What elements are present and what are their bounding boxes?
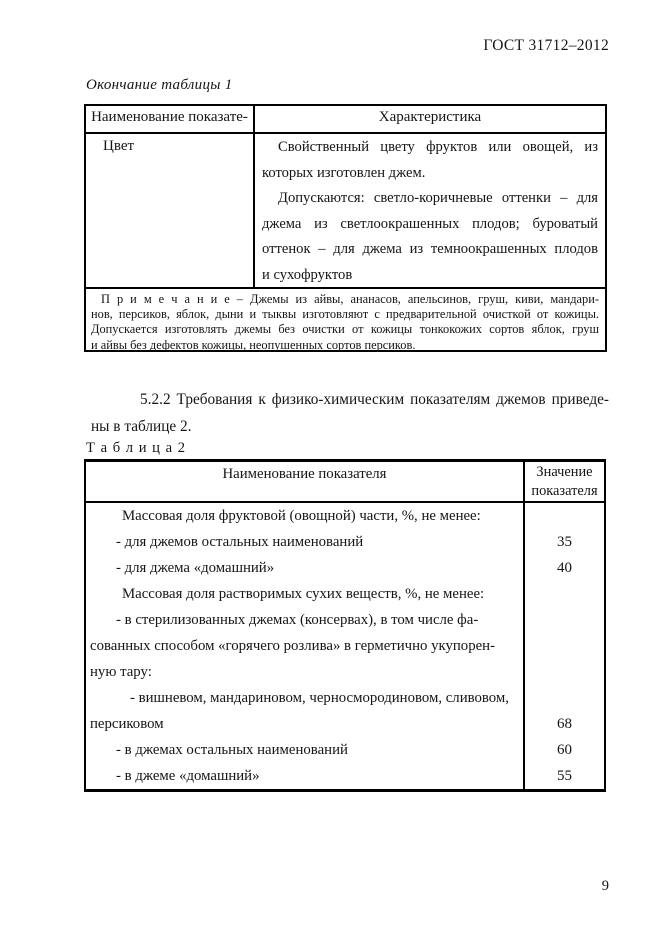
table2-col2-header: Значение показателя bbox=[525, 462, 604, 501]
table2-col1-header: Наименование показателя bbox=[86, 462, 525, 501]
characteristic-line: и сухофруктов bbox=[262, 263, 598, 289]
indicator-text: - в джемах остальных наименований bbox=[86, 737, 525, 763]
table-row: ную тару: bbox=[86, 659, 604, 685]
table2-header-row: Наименование показателя Значение показат… bbox=[86, 462, 604, 503]
indicator-text: сованных способом «горячего розлива» в г… bbox=[86, 633, 525, 659]
document-page: ГОСТ 31712–2012 Окончание таблицы 1 Наим… bbox=[0, 0, 661, 936]
table-row: - в стерилизованных джемах (консервах), … bbox=[86, 607, 604, 633]
table2-col2-header-line1: Значение bbox=[525, 463, 604, 482]
indicator-value: 68 bbox=[525, 711, 604, 737]
indicator-value: 40 bbox=[525, 555, 604, 581]
characteristic-line: Свойственный цвету фруктов или овощей, и… bbox=[262, 135, 598, 161]
indicator-value: 60 bbox=[525, 737, 604, 763]
table1-col2-header: Характеристика bbox=[255, 106, 605, 132]
indicator-text: - в стерилизованных джемах (консервах), … bbox=[86, 607, 525, 633]
indicator-text: - вишневом, мандариновом, черносмородино… bbox=[86, 685, 525, 711]
indicator-text: Массовая доля растворимых сухих веществ,… bbox=[86, 581, 525, 607]
table1-indicator-name: Цвет bbox=[86, 134, 255, 287]
table1-body-row: Цвет Свойственный цвету фруктов или овощ… bbox=[86, 134, 605, 289]
table2-caption: Т а б л и ц а 2 bbox=[86, 440, 186, 457]
table-row: персиковом 68 bbox=[86, 711, 604, 737]
note-line: П р и м е ч а н и е – Джемы из айвы, ана… bbox=[91, 292, 599, 307]
table1-characteristic-cell: Свойственный цвету фруктов или овощей, и… bbox=[255, 134, 605, 287]
table-row: - вишневом, мандариновом, черносмородино… bbox=[86, 685, 604, 711]
note-line: Допускается изготовлять джемы без очистк… bbox=[91, 322, 599, 337]
indicator-value bbox=[525, 607, 604, 633]
table1-header-row: Наименование показате- Характеристика bbox=[86, 106, 605, 134]
table-row: - в джеме «домашний» 55 bbox=[86, 763, 604, 789]
table-row: Массовая доля фруктовой (овощной) части,… bbox=[86, 503, 604, 529]
table-row: Массовая доля растворимых сухих веществ,… bbox=[86, 581, 604, 607]
indicator-text: - для джемов остальных наименований bbox=[86, 529, 525, 555]
indicator-value: 55 bbox=[525, 763, 604, 789]
indicator-value: 35 bbox=[525, 529, 604, 555]
indicator-value bbox=[525, 685, 604, 711]
note-line: и айвы без дефектов кожицы, неопушенных … bbox=[91, 338, 599, 353]
indicator-text: Массовая доля фруктовой (овощной) части,… bbox=[86, 503, 525, 529]
paragraph-line: ны в таблице 2. bbox=[91, 413, 609, 440]
paragraph-5-2-2: 5.2.2 Требования к физико-химическим пок… bbox=[91, 386, 609, 440]
paragraph-line: 5.2.2 Требования к физико-химическим пок… bbox=[91, 386, 609, 413]
characteristic-line: оттенок – для джема из темноокрашенных п… bbox=[262, 237, 598, 263]
indicator-text: персиковом bbox=[86, 711, 525, 737]
table-row: - в джемах остальных наименований 60 bbox=[86, 737, 604, 763]
characteristic-line: джема из светлоокрашенных плодов; бурова… bbox=[262, 212, 598, 238]
table2-col2-header-line2: показателя bbox=[525, 482, 604, 501]
indicator-text: - в джеме «домашний» bbox=[86, 763, 525, 789]
indicator-text: - для джема «домашний» bbox=[86, 555, 525, 581]
characteristic-line: Допускаются: светло-коричневые оттенки –… bbox=[262, 186, 598, 212]
note-line: нов, персиков, яблок, дыни и тыквы изгот… bbox=[91, 307, 599, 322]
page-number: 9 bbox=[602, 878, 609, 895]
table2: Наименование показателя Значение показат… bbox=[84, 459, 606, 792]
indicator-value bbox=[525, 581, 604, 607]
indicator-value bbox=[525, 659, 604, 685]
table1: Наименование показате- Характеристика Цв… bbox=[84, 104, 607, 352]
characteristic-line: которых изготовлен джем. bbox=[262, 161, 598, 187]
table1-note: П р и м е ч а н и е – Джемы из айвы, ана… bbox=[86, 289, 605, 350]
table-row: - для джема «домашний» 40 bbox=[86, 555, 604, 581]
table1-caption: Окончание таблицы 1 bbox=[86, 77, 233, 94]
table1-col1-header: Наименование показате- bbox=[86, 106, 255, 132]
indicator-text: ную тару: bbox=[86, 659, 525, 685]
indicator-value bbox=[525, 633, 604, 659]
table-row: сованных способом «горячего розлива» в г… bbox=[86, 633, 604, 659]
doc-standard-number: ГОСТ 31712–2012 bbox=[483, 37, 609, 55]
indicator-value bbox=[525, 503, 604, 529]
table-row: - для джемов остальных наименований 35 bbox=[86, 529, 604, 555]
